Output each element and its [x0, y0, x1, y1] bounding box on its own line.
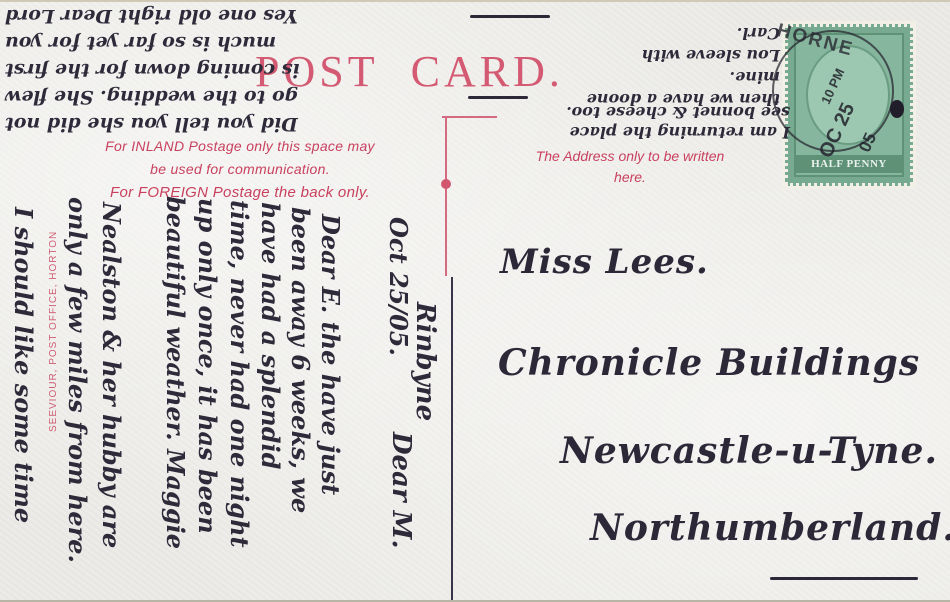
address-note-line-1: The Address only to be written [480, 146, 780, 167]
printer-credit: SEEVIOUR, POST OFFICE, HORTON [48, 231, 59, 432]
message-line: up only once, it has been [193, 198, 222, 534]
address-note-line-2: here. [480, 167, 780, 188]
ink-dash [470, 15, 550, 18]
message-area-instructions: For INLAND Postage only this space may b… [55, 135, 425, 204]
message-upside-mid-block: I am returning the place see bonnet & ch… [450, 102, 790, 142]
message-upside-right-block: then we have a doone mine. Lou sleeve wi… [560, 22, 780, 110]
message-line: I should like some time [9, 207, 38, 523]
divider-ink-line [451, 277, 453, 602]
upside-line: is coming down for the first [5, 56, 445, 83]
upside-right-line: Lou sleeve with [560, 44, 780, 66]
stamp-denomination: HALF PENNY [794, 155, 904, 173]
inland-note-line-2: be used for communication. [55, 158, 425, 181]
address-line-city: Newcastle-u-Tyne. [560, 430, 938, 472]
upside-line: go to the wedding. She flew [5, 83, 445, 110]
message-line: only a few miles from here. [63, 197, 92, 563]
upside-mid-line: see bonnet & cheese too. [450, 102, 790, 122]
message-line: have had a splendid [256, 202, 285, 469]
message-line: Dear E. the have just [316, 214, 345, 495]
upside-right-line: Carl. [560, 22, 780, 44]
message-line: time, never had one night [225, 200, 254, 548]
upside-mid-line: I am returning the place [450, 122, 790, 142]
message-upside-block: Did you tell you she did not go to the w… [5, 2, 445, 137]
address-line-building: Chronicle Buildings [498, 342, 920, 384]
address-area-instructions: The Address only to be written here. [480, 146, 780, 188]
upside-line: Yes one old right Dear Lord [5, 2, 445, 29]
inland-note-line-1: For INLAND Postage only this space may [55, 135, 425, 158]
address-line-name: Miss Lees. [500, 242, 709, 282]
address-underline [770, 577, 918, 580]
address-line-county: Northumberland. [590, 507, 950, 549]
upside-line: Did you tell you she did not [5, 110, 445, 137]
postcard-back: POSTCARD. For INLAND Postage only this s… [0, 0, 950, 602]
message-line: been away 6 weeks, we [286, 207, 315, 513]
message-line: beautiful weather. Maggie [161, 196, 190, 549]
message-date: Oct 25/05. [384, 217, 413, 356]
divider-dot [441, 179, 451, 189]
message-place: Rinbyne [410, 302, 440, 421]
divider-printed-line [445, 116, 447, 276]
ink-blot [890, 100, 904, 118]
ink-dash [468, 96, 528, 99]
message-salutation: Dear M. [386, 432, 416, 549]
upside-line: much is so far yet for you [5, 29, 445, 56]
message-line: Nealston & her hubby are [97, 202, 126, 548]
upside-right-line: mine. [560, 66, 780, 88]
